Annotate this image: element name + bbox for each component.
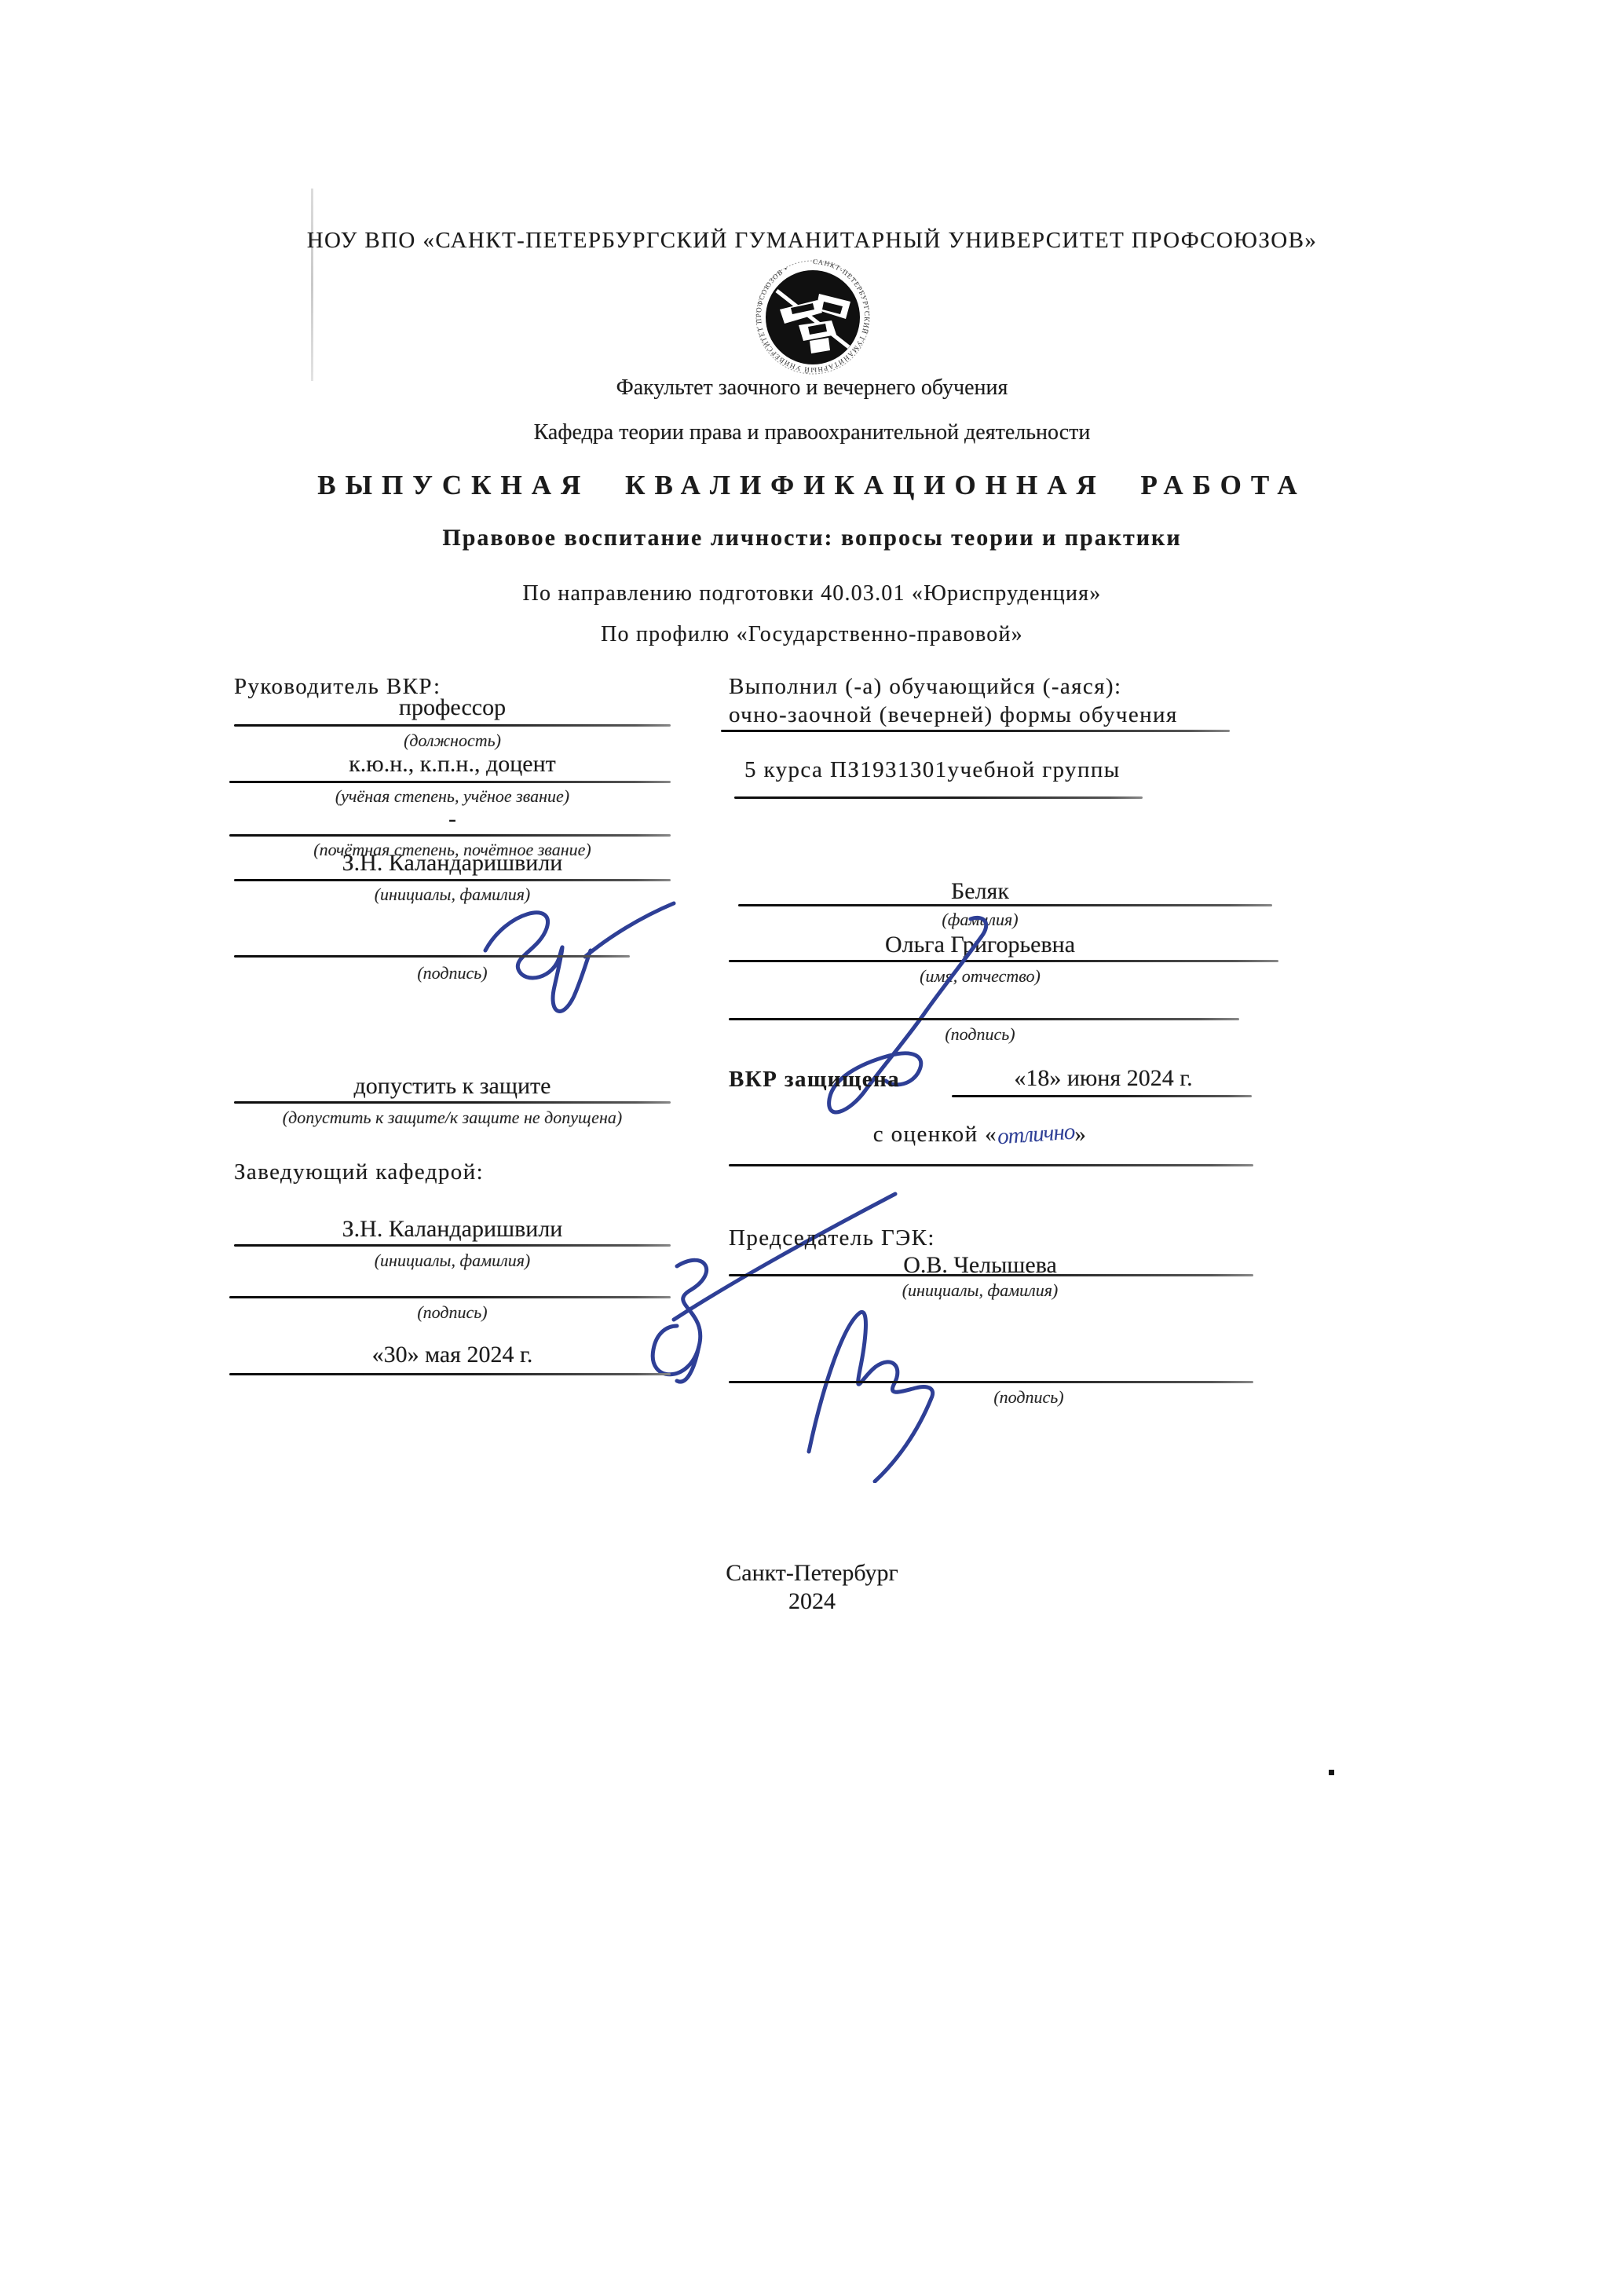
study-direction: По направлению подготовки 40.03.01 «Юрис… (0, 581, 1624, 606)
blank-line (721, 730, 1230, 732)
student-group: 5 курса ПЗ1931301учебной группы (744, 757, 1121, 783)
initials-surname-caption: (инициалы, фамилия) (729, 1280, 1231, 1301)
university-name: НОУ ВПО «САНКТ-ПЕТЕРБУРГСКИЙ ГУМАНИТАРНЫ… (0, 228, 1624, 254)
department-head-name: З.Н. Каландаришвили (234, 1216, 671, 1243)
supervisor-degree: к.ю.н., к.п.н., доцент (234, 751, 671, 778)
position-caption: (должность) (234, 731, 671, 751)
study-profile: По профилю «Государственно-правовой» (0, 622, 1624, 647)
name-patronymic-caption: (имя, отчество) (729, 966, 1231, 987)
university-logo: САНКТ-ПЕТЕРБУРГСКИЙ ГУМАНИТАРНЫЙ УНИВЕРС… (750, 253, 876, 383)
blank-line (952, 1095, 1252, 1097)
blank-line (229, 1296, 671, 1298)
admission-value: допустить к защите (234, 1073, 671, 1100)
defense-label: ВКР защищена (729, 1067, 900, 1093)
blank-line (729, 960, 1278, 962)
signature-caption: (подпись) (872, 1387, 1186, 1408)
grade-prefix: с оценкой « (873, 1122, 997, 1147)
grade-handwritten: отлично (997, 1119, 1075, 1151)
university-logo-icon: САНКТ-ПЕТЕРБУРГСКИЙ ГУМАНИТАРНЫЙ УНИВЕРС… (750, 253, 876, 379)
signature-caption: (подпись) (234, 1302, 671, 1323)
surname-caption: (фамилия) (729, 910, 1231, 930)
footer-city: Санкт-Петербург (0, 1560, 1624, 1587)
blank-line (234, 1244, 671, 1247)
blank-line (229, 781, 671, 783)
blank-line (234, 879, 671, 881)
signature-caption: (подпись) (729, 1024, 1231, 1045)
thesis-topic: Правовое воспитание личности: вопросы те… (0, 525, 1624, 551)
scan-artifact-line (311, 189, 313, 381)
blank-line (234, 955, 630, 958)
initials-surname-caption: (инициалы, фамилия) (234, 884, 671, 905)
blank-line (234, 1101, 671, 1104)
student-surname: Беляк (729, 878, 1231, 905)
scan-artifact-dot (1329, 1770, 1334, 1775)
grade-suffix: » (1074, 1122, 1087, 1147)
student-label: Выполнил (-а) обучающийся (-аяся): (729, 674, 1121, 700)
student-study-form: очно-заочной (вечерней) формы обучения (729, 702, 1178, 728)
blank-line (729, 1164, 1253, 1166)
chairman-label: Председатель ГЭК: (729, 1225, 935, 1251)
supervisor-honorary: - (234, 806, 671, 833)
blank-line (234, 724, 671, 727)
faculty-name: Факультет заочного и вечернего обучения (0, 375, 1624, 401)
supervisor-position: профессор (234, 694, 671, 721)
student-name-patronymic: Ольга Григорьевна (729, 932, 1231, 958)
initials-surname-caption: (инициалы, фамилия) (234, 1251, 671, 1271)
signature-caption: (подпись) (234, 963, 671, 983)
defense-date: «18» июня 2024 г. (954, 1065, 1253, 1092)
department-name: Кафедра теории права и правоохранительно… (0, 420, 1624, 445)
degree-caption: (учёная степень, учёное звание) (234, 786, 671, 807)
logo-ring-text: САНКТ-ПЕТЕРБУРГСКИЙ ГУМАНИТАРНЫЙ УНИВЕРС… (755, 258, 871, 374)
department-head-date: «30» мая 2024 г. (234, 1342, 671, 1368)
blank-line (729, 1274, 1253, 1276)
blank-line (729, 1381, 1253, 1383)
blank-line (738, 904, 1272, 906)
blank-line (734, 796, 1143, 799)
blank-line (229, 834, 671, 837)
footer-year: 2024 (0, 1588, 1624, 1615)
admission-caption: (допустить к защите/к защите не допущена… (226, 1108, 678, 1128)
defense-grade-line: с оценкой «отлично» (729, 1122, 1231, 1148)
scanned-thesis-title-page: НОУ ВПО «САНКТ-ПЕТЕРБУРГСКИЙ ГУМАНИТАРНЫ… (0, 0, 1624, 2296)
department-head-label: Заведующий кафедрой: (234, 1159, 484, 1185)
svg-text:САНКТ-ПЕТЕРБУРГСКИЙ ГУМАНИТАРН: САНКТ-ПЕТЕРБУРГСКИЙ ГУМАНИТАРНЫЙ УНИВЕРС… (755, 258, 871, 374)
work-type-title: ВЫПУСКНАЯ КВАЛИФИКАЦИОННАЯ РАБОТА (0, 470, 1624, 501)
blank-line (729, 1018, 1239, 1020)
blank-line (229, 1373, 671, 1375)
supervisor-name: З.Н. Каландаришвили (234, 850, 671, 877)
